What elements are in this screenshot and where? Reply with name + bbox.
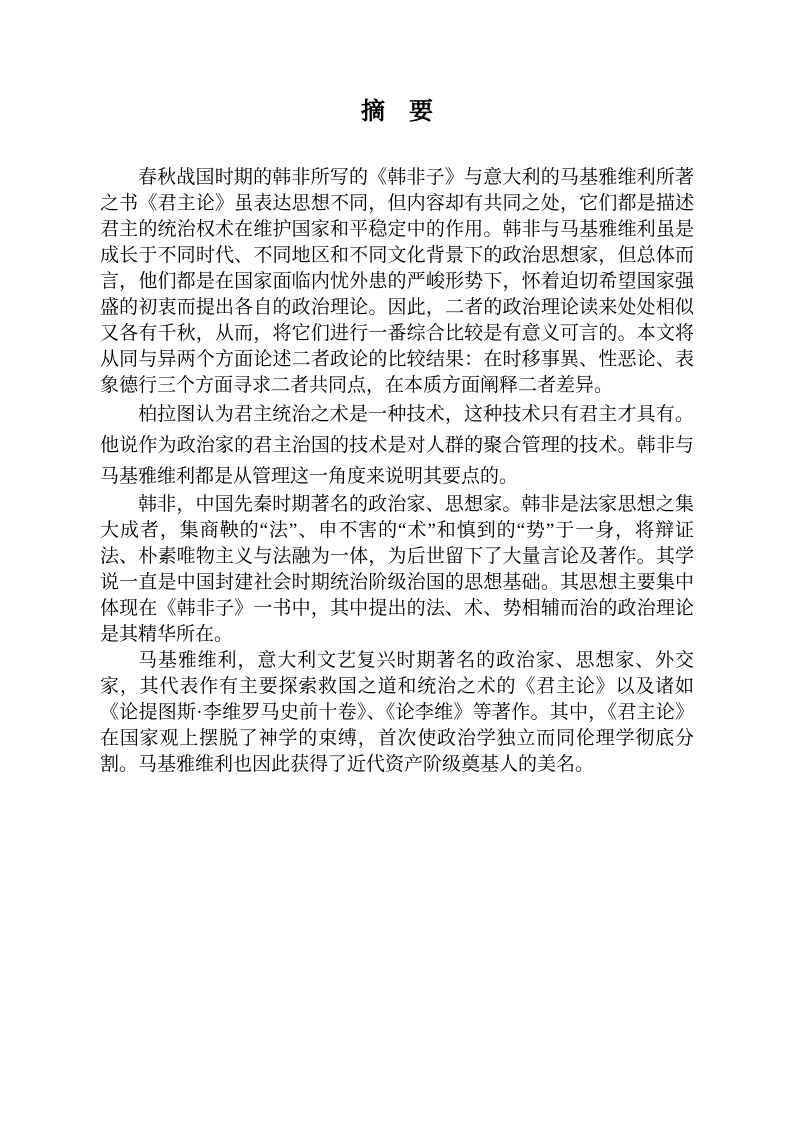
abstract-paragraph-2: 柏拉图认为君主统治之术是一种技术，这种技术只有君主才具有。他说作为政治家的君主治… — [100, 399, 694, 492]
abstract-paragraph-3: 韩非，中国先秦时期著名的政治家、思想家。韩非是法家思想之集大成者，集商鞅的“法”… — [100, 492, 694, 648]
document-viewport: { "page": { "title": "摘 要", "paragraphs"… — [0, 0, 793, 1122]
abstract-title: 摘 要 — [100, 97, 694, 127]
abstract-paragraph-1: 春秋战国时期的韩非所写的《韩非子》与意大利的马基雅维利所著之书《君主论》虽表达思… — [100, 165, 694, 399]
abstract-paragraph-4: 马基雅维利，意大利文艺复兴时期著名的政治家、思想家、外交家，其代表作有主要探索救… — [100, 648, 694, 778]
document-page: 摘 要 春秋战国时期的韩非所写的《韩非子》与意大利的马基雅维利所著之书《君主论》… — [0, 0, 793, 1122]
